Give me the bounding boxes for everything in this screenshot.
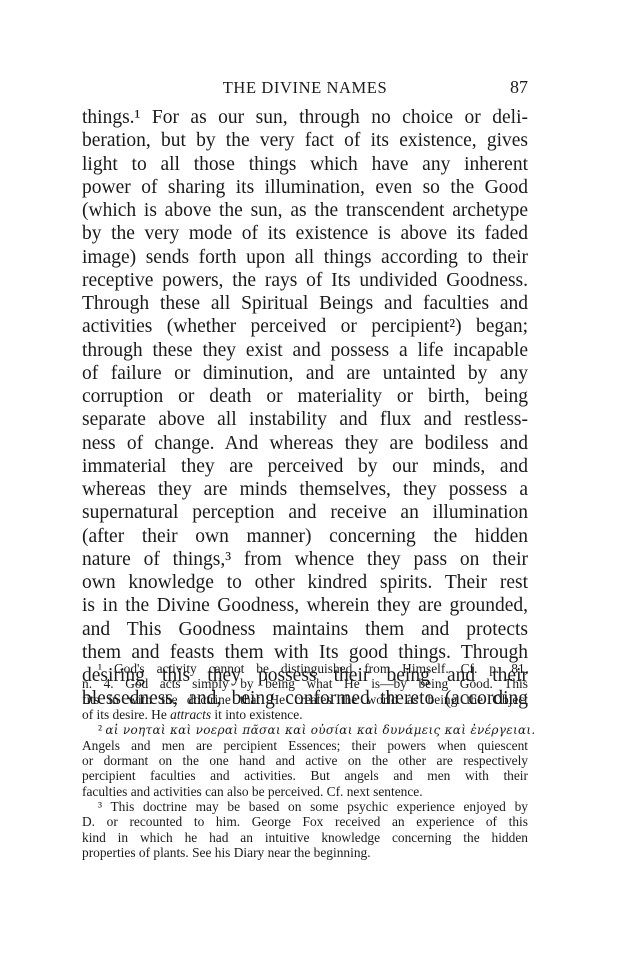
footnote-2-line: percipient faculties and activities. But… — [82, 768, 528, 783]
body-line: own knowledge to other kindred spirits. … — [82, 571, 528, 594]
body-line: (which is above the sun, as the transcen… — [82, 199, 528, 222]
body-line: through these they exist and possess a l… — [82, 339, 528, 362]
body-line: by the very mode of its existence is abo… — [82, 222, 528, 245]
footnote-1-line: n. 4. God acts simply by being what He i… — [82, 676, 528, 691]
footnote-2-line: ² αἱ νοηταὶ καὶ νοεραὶ πᾶσαι καὶ οὐσίαι … — [82, 722, 528, 737]
body-line: is in the Divine Goodness, wherein they … — [82, 594, 528, 617]
body-line: beration, but by the very fact of its ex… — [82, 129, 528, 152]
footnote-1-line: ¹ God's activity cannot be distinguished… — [82, 661, 528, 676]
body-line: whereas they are minds themselves, they … — [82, 478, 528, 501]
footnote-2-line: Angels and men are percipient Essences; … — [82, 738, 528, 753]
body-text: things.¹ For as our sun, through no choi… — [82, 106, 528, 711]
body-line: separate above all instability and flux … — [82, 408, 528, 431]
body-line: light to all those things which have any… — [82, 153, 528, 176]
body-line: activities (whether perceived or percipi… — [82, 315, 528, 338]
footnote-3-line: ³ This doctrine may be based on some psy… — [82, 799, 528, 814]
footnote-emphasis: attracts — [170, 707, 211, 722]
body-line: supernatural perception and receive an i… — [82, 501, 528, 524]
body-line: (after their own manner) concerning the … — [82, 525, 528, 548]
footnotes: ¹ God's activity cannot be distinguished… — [82, 661, 528, 860]
body-line: nature of things,³ from whence they pass… — [82, 548, 528, 571]
body-line: receptive powers, the rays of Its undivi… — [82, 269, 528, 292]
body-line: of failure or diminution, and are untain… — [82, 362, 528, 385]
footnote-text: it into existence. — [211, 707, 302, 722]
footnote-3-line: D. or recounted to him. George Fox recei… — [82, 814, 528, 829]
running-head: THE DIVINE NAMES 87 — [82, 74, 528, 100]
footnote-3-line: kind in which he had an intuitive knowle… — [82, 830, 528, 845]
footnote-1-line: of its desire. He attracts it into exist… — [82, 707, 528, 722]
body-line: corruption or death or materiality or bi… — [82, 385, 528, 408]
body-line: power of sharing its illumination, even … — [82, 176, 528, 199]
body-line: things.¹ For as our sun, through no choi… — [82, 106, 528, 129]
body-line: image) sends forth upon all things accor… — [82, 246, 528, 269]
footnote-2-line: or dormant on the one hand and active on… — [82, 753, 528, 768]
running-title: THE DIVINE NAMES — [82, 78, 528, 98]
body-line: ness of change. And whereas they are bod… — [82, 432, 528, 455]
page-number: 87 — [510, 77, 528, 98]
footnote-text: of its desire. He — [82, 707, 170, 722]
body-line: immaterial they are perceived by our min… — [82, 455, 528, 478]
footnote-2-line: faculties and activities can also be per… — [82, 784, 528, 799]
footnote-3-line: properties of plants. See his Diary near… — [82, 845, 528, 860]
body-line: Through these all Spiritual Beings and f… — [82, 292, 528, 315]
body-line: and This Goodness maintains them and pro… — [82, 618, 528, 641]
greek-quotation: αἱ νοηταὶ καὶ νοεραὶ πᾶσαι καὶ οὐσίαι κα… — [105, 723, 535, 737]
footnote-1-line: fits in with the doctrine that He create… — [82, 692, 528, 707]
